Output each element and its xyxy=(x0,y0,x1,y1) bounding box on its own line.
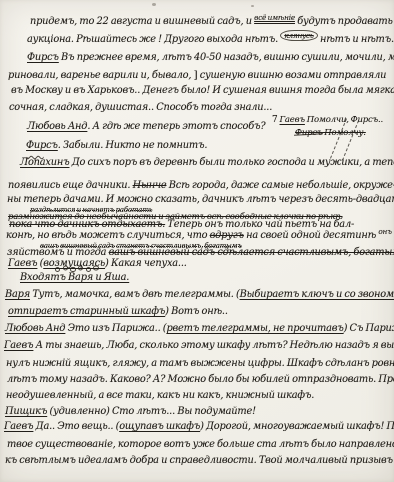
line-27: къ свѣтлымъ идеаламъ добра и справедливо… xyxy=(5,455,394,467)
text-segment: Лопахинъ xyxy=(20,157,69,168)
line-3: Фирсъ Въ прежнее время, лѣтъ 40-50 назад… xyxy=(27,52,394,64)
margin-note-1: 7 Гаевъ Помолчи, Фирсъ.. xyxy=(272,114,383,126)
text-segment: . А гдѣ же теперь этотъ способъ? xyxy=(87,121,265,132)
line-2: аукціона. Рѣшайтесь же ! Другого выхода … xyxy=(27,34,394,46)
text-segment: вашъ вишневый садъ сдѣлается счастливымъ… xyxy=(109,247,394,258)
text-segment: Фирсъ xyxy=(295,128,322,138)
text-segment: неодушевленный, а все таки, какъ ни какъ… xyxy=(6,390,314,401)
text-segment: зяйствомъ и тогда xyxy=(7,247,109,258)
text-segment: Любовь Анд xyxy=(5,323,65,334)
text-segment: Въ прежнее время, лѣтъ 40-50 назадъ, виш… xyxy=(59,52,394,63)
line-22: лѣтъ тому назадъ. Каково? А? Можно было … xyxy=(7,374,394,386)
text-segment: Гаевъ xyxy=(280,115,305,125)
text-segment: ) Съ Парижемъ кончено. xyxy=(344,323,394,334)
text-segment: Варя xyxy=(5,289,30,300)
text-segment: Это изъ Парижа.. ( xyxy=(65,323,166,334)
line-19: Любовь Анд Это изъ Парижа.. (рветъ телег… xyxy=(5,323,394,335)
line-9: Лопахинъ До сихъ поръ въ деревнѣ были то… xyxy=(20,157,394,169)
text-segment: Всѣ города, даже самые небольшіе, окруже… xyxy=(166,180,394,191)
text-segment: ) Дорогой, многоуважаемый шкафъ! Привѣтс… xyxy=(200,421,394,432)
text-segment: (удивленно) Сто лѣтъ... Вы подумайте! xyxy=(47,406,256,417)
text-segment: Выбираетъ ключъ и со звономъ xyxy=(240,289,394,300)
text-segment: 7 xyxy=(272,115,280,125)
text-segment: онъ xyxy=(378,227,391,236)
text-segment: Любовь Анд xyxy=(27,121,87,132)
text-segment: сушеную вишню возами отправляли xyxy=(197,70,386,81)
text-segment: ) Какая чепуха... xyxy=(105,258,187,269)
text-segment: появились еще дачники. xyxy=(8,180,133,191)
text-segment: А ты знаешь, Люба, сколько этому шкафу л… xyxy=(33,340,394,351)
text-segment: Помолчу. xyxy=(322,128,365,138)
text-segment: ощупавъ шкафъ xyxy=(119,421,200,432)
line-25: Гаевъ Да.. Это вещь.. (ощупавъ шкафъ) До… xyxy=(4,421,394,433)
text-segment: . Забыли. Никто не помнитъ. xyxy=(58,140,208,151)
line-10: появились еще дачники. Нынче Всѣ города,… xyxy=(8,180,394,192)
text-segment: будутъ продавать съ xyxy=(295,16,394,27)
text-segment: Входятъ Варя и Яша. xyxy=(20,272,129,283)
line-23: неодушевленный, а все таки, какъ ни какъ… xyxy=(6,390,314,402)
text-segment: къ свѣтлымъ идеаламъ добра и справедливо… xyxy=(5,455,394,466)
text-segment: лѣтъ тому назадъ. Каково? А? Можно было … xyxy=(7,374,394,385)
text-segment: пока что дачникъ отдыхаетъ. xyxy=(9,219,165,230)
line-16: Входятъ Варя и Яша. xyxy=(20,272,129,284)
line-1: придемъ, то 22 августа и вишневый садъ, … xyxy=(30,16,394,28)
line-7: Любовь Анд. А гдѣ же теперь этотъ способ… xyxy=(27,121,265,133)
text-segment: на своей одной десятинѣ xyxy=(244,230,379,241)
line-18: отпираетъ старинный шкафъ) Вотъ онѣ.. xyxy=(8,306,228,318)
line-6: сочная, сладкая, душистая.. Способъ тогд… xyxy=(9,102,272,114)
text-segment: ) Вотъ онѣ.. xyxy=(165,306,228,317)
text-segment: клянусь xyxy=(280,30,317,41)
text-segment: нулъ нижній ящикъ, гляжу, а тамъ выжжены… xyxy=(6,358,394,369)
text-segment: рветъ телеграммы, не прочитавъ xyxy=(166,323,343,334)
text-segment: Фирсъ xyxy=(27,52,59,63)
text-segment: Гаевъ xyxy=(4,340,33,351)
text-segment: Тутъ, мамочка, вамъ двѣ телеграммы. ( xyxy=(30,289,240,300)
line-24: Пищикъ (удивленно) Сто лѣтъ... Вы подума… xyxy=(5,406,256,418)
text-segment: въ Москву и въ Харьковъ.. Денегъ было! И… xyxy=(11,85,394,96)
text-segment: придемъ, то 22 августа и вишневый садъ, … xyxy=(30,16,254,27)
text-segment: Гаевъ xyxy=(4,421,33,432)
text-segment: всё имѣніе xyxy=(254,13,295,22)
text-segment: аукціона. Рѣшайтесь же ! Другого выхода … xyxy=(27,34,280,45)
text-segment: Нынче xyxy=(133,180,167,191)
line-21: нулъ нижній ящикъ, гляжу, а тамъ выжжены… xyxy=(6,358,394,370)
text-segment: отпираетъ старинный шкафъ xyxy=(8,306,165,317)
text-segment: нѣтъ и нѣтъ. xyxy=(318,34,394,45)
text-segment: До сихъ поръ въ деревнѣ были только госп… xyxy=(69,157,394,168)
ink-fleck xyxy=(152,3,156,6)
text-segment: Пищикъ xyxy=(5,406,47,417)
text-segment: сочная, сладкая, душистая.. Способъ тогд… xyxy=(9,102,272,113)
line-20: Гаевъ А ты знаешь, Люба, сколько этому ш… xyxy=(4,340,394,352)
ink-fleck xyxy=(251,5,254,7)
proof-circles xyxy=(55,267,99,272)
line-26: твое существованіе, которое вотъ уже бол… xyxy=(7,439,394,451)
text-segment: Да.. Это вещь.. ( xyxy=(33,421,119,432)
text-segment: Гаевъ xyxy=(8,258,37,269)
line-5: въ Москву и въ Харьковъ.. Денегъ было! И… xyxy=(11,85,394,97)
manuscript-page: придемъ, то 22 августа и вишневый садъ, … xyxy=(0,0,394,482)
text-segment: риновали, варенье варили и, бывало, xyxy=(8,70,194,81)
line-4: риновали, варенье варили и, бывало, ] су… xyxy=(8,69,386,82)
scribble-mark: xxxxxx xyxy=(26,150,56,155)
line-17: Варя Тутъ, мамочка, вамъ двѣ телеграммы.… xyxy=(5,289,394,301)
text-segment: Теперь онъ только чай пьетъ на бал- xyxy=(165,219,354,230)
text-segment: твое существованіе, которое вотъ уже бол… xyxy=(7,439,394,450)
